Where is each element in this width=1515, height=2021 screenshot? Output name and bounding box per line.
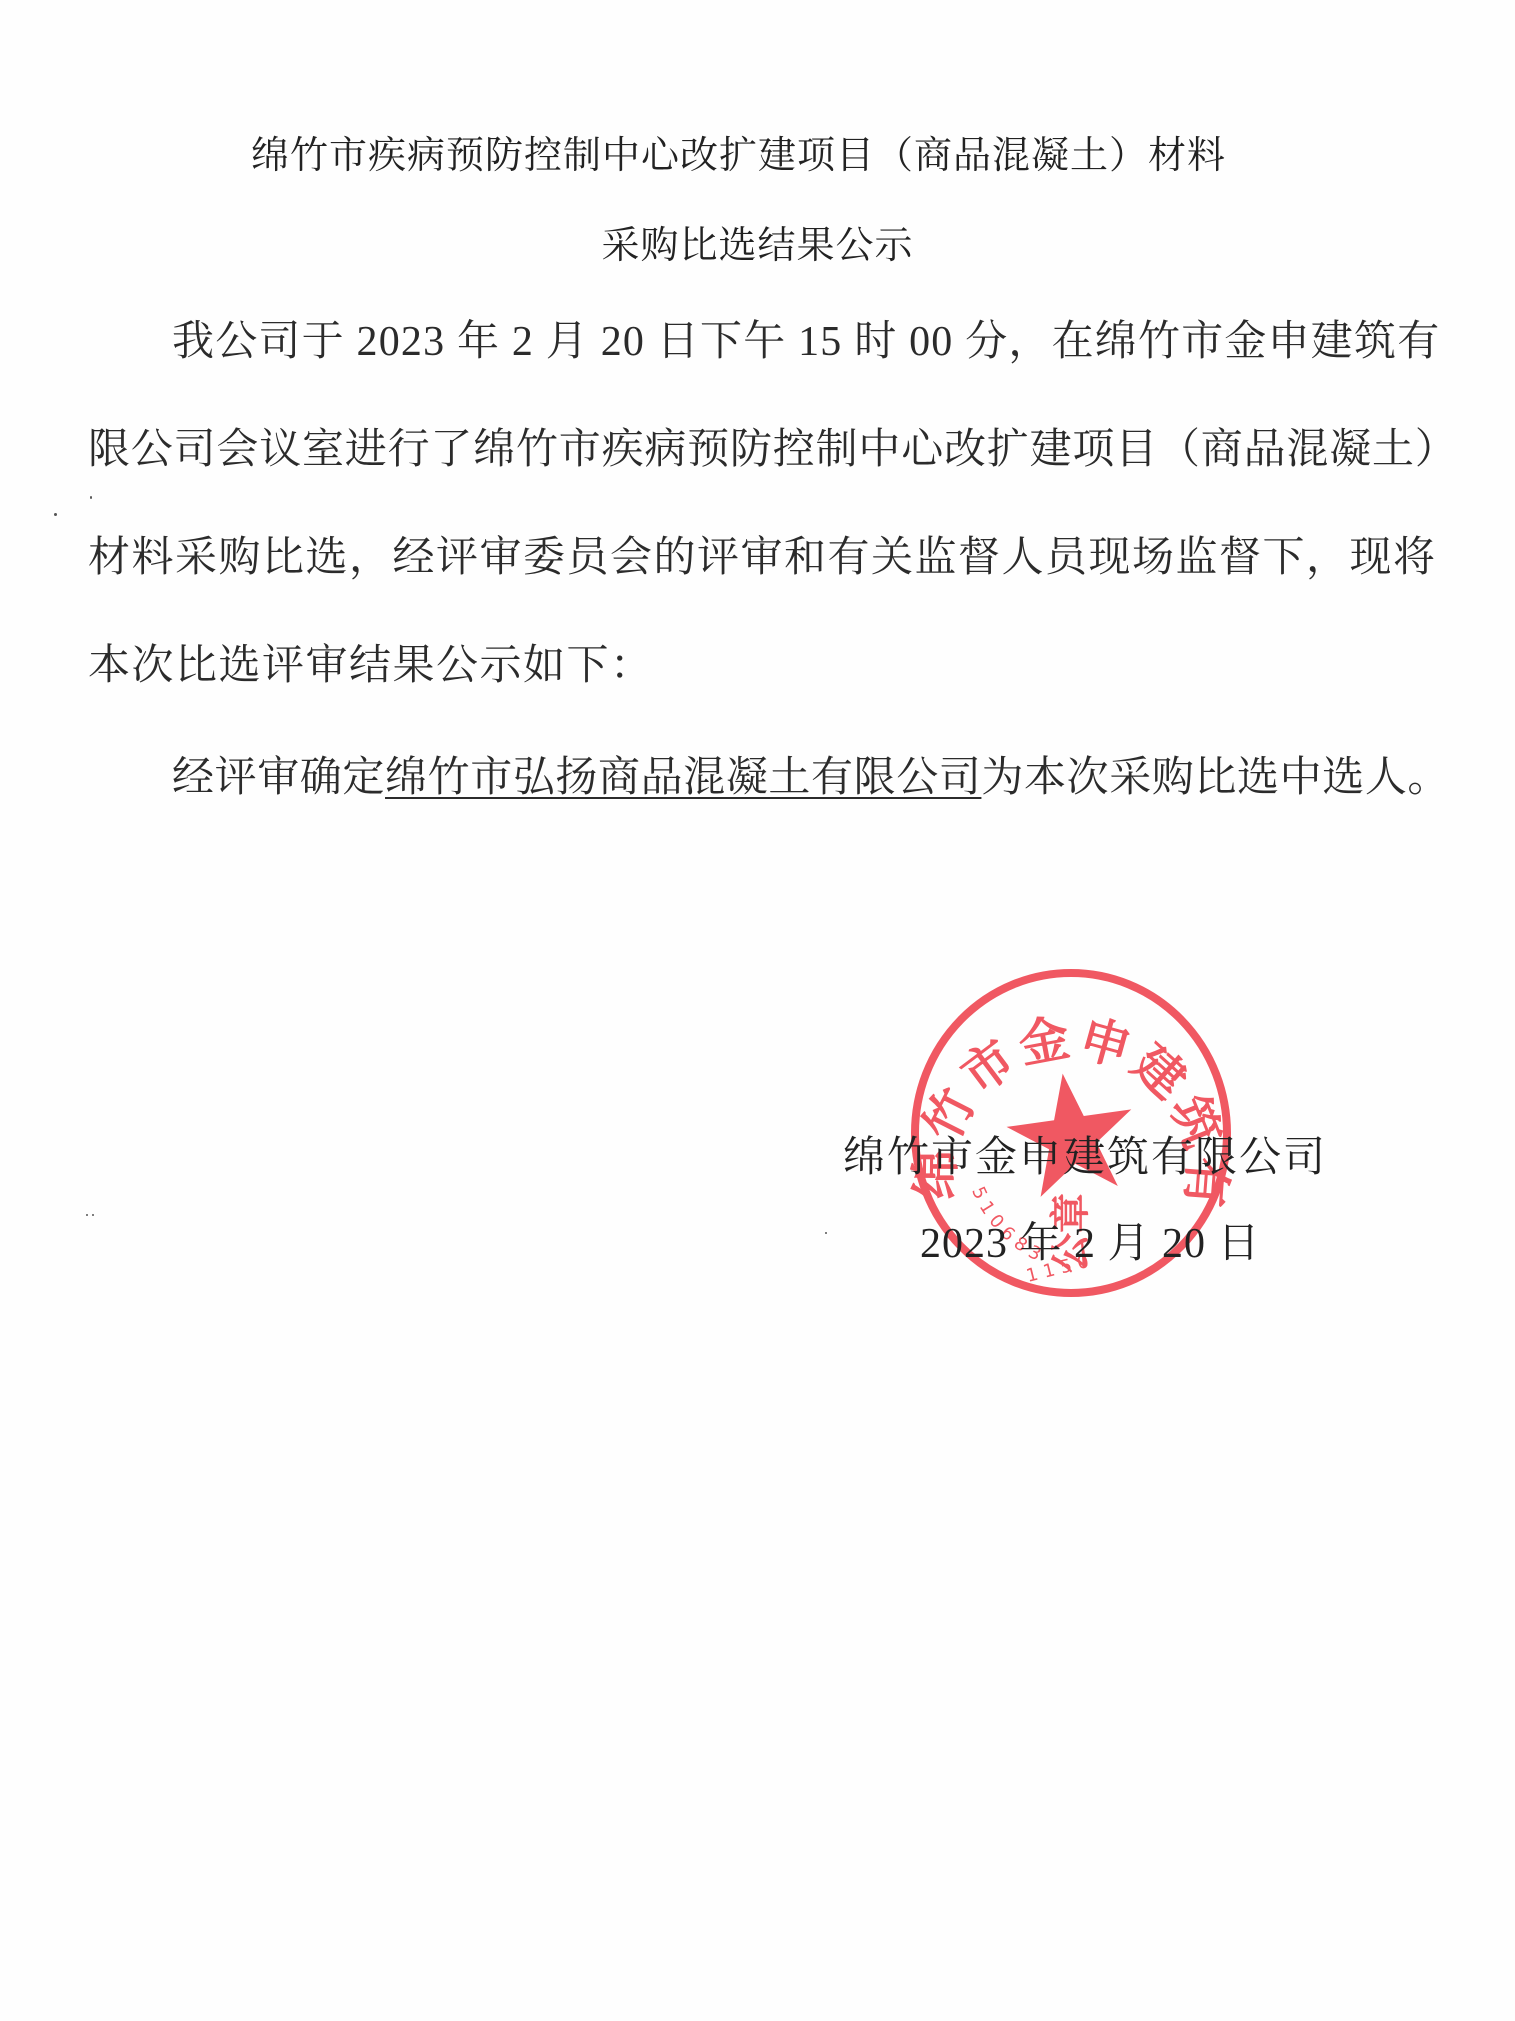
scan-speck [825, 1232, 827, 1234]
document-title-line1: 绵竹市疾病预防控制中心改扩建项目（商品混凝土）材料 [0, 124, 1496, 179]
scan-speck [92, 1214, 94, 1216]
scan-speck [86, 1214, 88, 1216]
body-paragraph-line3: 材料采购比选，经评审委员会的评审和有关监督人员现场监督下，现将 [88, 524, 1437, 584]
document-page: 绵竹市疾病预防控制中心改扩建项目（商品混凝土）材料 采购比选结果公示 我公司于 … [0, 0, 1515, 2021]
signature-date: 2023 年 2 月 20 日 [920, 1210, 1261, 1270]
document-title-line2: 采购比选结果公示 [0, 214, 1515, 269]
body-paragraph-line2: 限公司会议室进行了绵竹市疾病预防控制中心改扩建项目（商品混凝土） [88, 416, 1458, 476]
signature-company: 绵竹市金申建筑有限公司 [843, 1124, 1327, 1184]
winning-bidder: 绵竹市弘扬商品混凝土有限公司 [385, 755, 981, 801]
body-paragraph-line4: 本次比选评审结果公示如下： [88, 632, 654, 692]
result-suffix: 为本次采购比选中选人。 [981, 755, 1450, 801]
scan-speck [54, 513, 57, 516]
result-prefix: 经评审确定 [172, 755, 385, 801]
result-statement: 经评审确定绵竹市弘扬商品混凝土有限公司为本次采购比选中选人。 [172, 744, 1450, 804]
scan-speck [90, 496, 92, 499]
body-paragraph-line1: 我公司于 2023 年 2 月 20 日下午 15 时 00 分，在绵竹市金申建… [172, 308, 1440, 368]
